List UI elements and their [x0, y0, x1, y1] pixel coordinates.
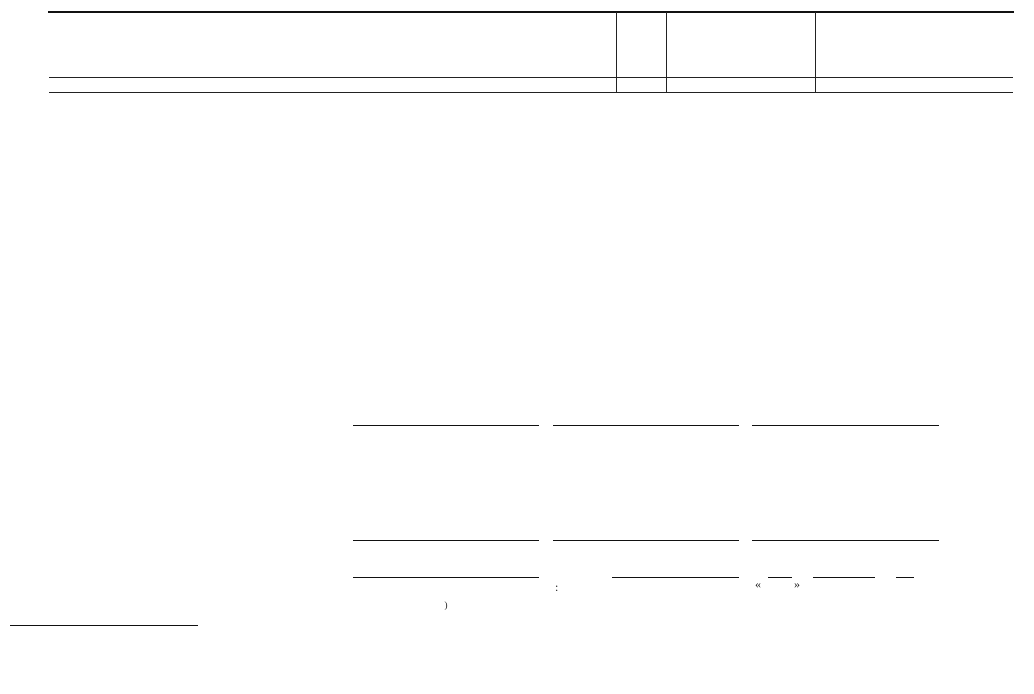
- footnote: [10, 628, 1014, 647]
- table-header-row: [49, 12, 1013, 78]
- email-field[interactable]: [612, 577, 739, 578]
- column-number-row: [49, 78, 1013, 93]
- colnum-3: [666, 78, 815, 92]
- header-row-no: [616, 12, 666, 77]
- email-label: :: [555, 575, 558, 596]
- colnum-2: [616, 78, 666, 92]
- colnum-1: [49, 78, 616, 92]
- date-month-field[interactable]: [813, 577, 875, 578]
- official-signature[interactable]: [752, 540, 939, 541]
- header-current: [666, 12, 815, 77]
- phone-caption: ): [353, 596, 539, 612]
- official-name-field[interactable]: [553, 540, 739, 541]
- head-position-field[interactable]: [353, 425, 539, 426]
- header-name: [49, 12, 616, 77]
- date-year-field[interactable]: [896, 577, 914, 578]
- date-open-quote: «: [755, 575, 761, 593]
- colnum-4: [815, 78, 1013, 92]
- date-day-field[interactable]: [768, 577, 792, 578]
- date-close-quote: »: [794, 575, 800, 593]
- footnote-divider: [10, 625, 198, 626]
- phone-field[interactable]: [353, 577, 539, 578]
- official-position-field[interactable]: [353, 540, 539, 541]
- head-signature[interactable]: [752, 425, 939, 426]
- head-name-field[interactable]: [553, 425, 739, 426]
- header-state-orders: [815, 12, 1013, 77]
- report-table: [48, 11, 1014, 13]
